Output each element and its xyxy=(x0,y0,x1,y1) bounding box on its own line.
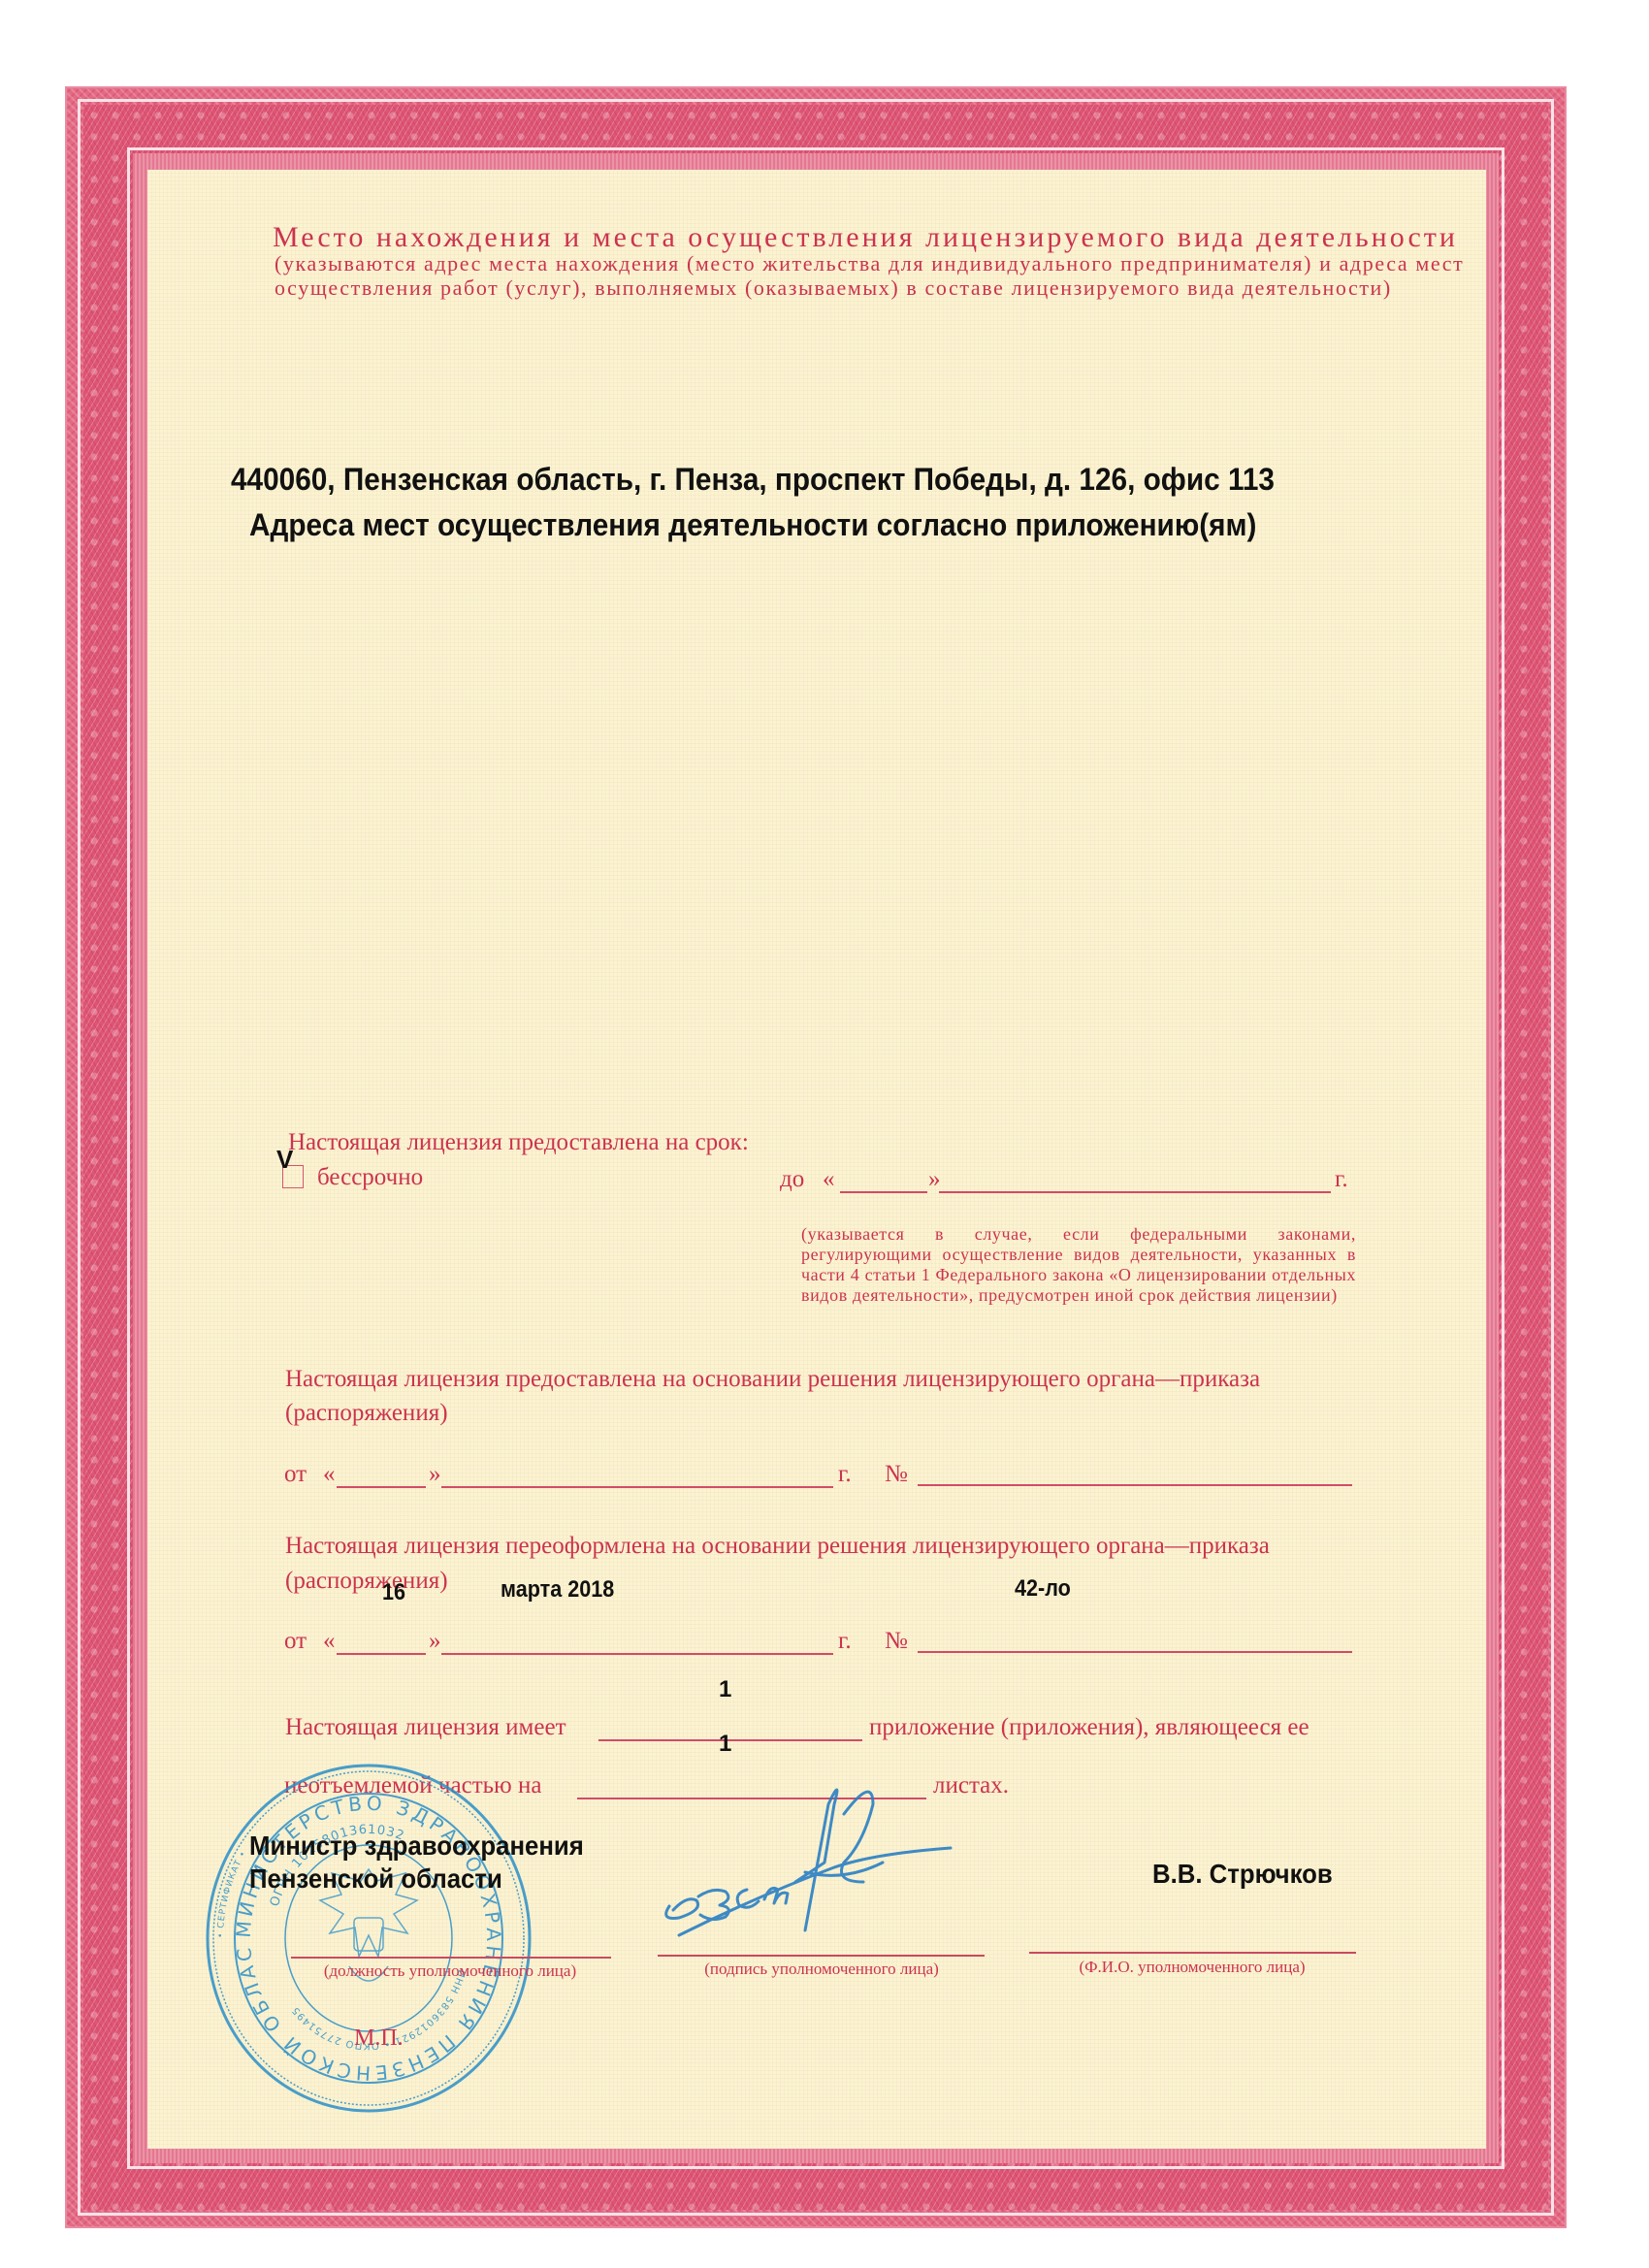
official-seal-stamp: • СЕРТИФИКАТ • МИНИСТЕРСТВО ЗДРАВООХРАНЕ… xyxy=(204,1763,533,2114)
signatory-position-line1: Министр здравоохранения xyxy=(249,1831,584,1862)
until-open-quote: « xyxy=(823,1166,835,1193)
until-prefix: до xyxy=(780,1166,804,1193)
reissued-open-quote: « xyxy=(323,1628,336,1655)
granted-year-suffix: г. xyxy=(838,1461,852,1488)
reissued-day-value: 16 xyxy=(382,1579,405,1606)
reissued-basis-line1: Настоящая лицензия переоформлена на осно… xyxy=(285,1533,1270,1560)
granted-close-quote: » xyxy=(429,1461,441,1488)
sheet-count-value: 1 xyxy=(719,1731,731,1758)
section-subtitle-line1: (указываются адрес места нахождения (мес… xyxy=(275,251,1464,276)
position-signature-line xyxy=(291,1957,611,1959)
signature-caption: (подпись уполномоченного лица) xyxy=(704,1960,939,1979)
signatory-position-line2: Пензенской области xyxy=(249,1863,502,1895)
granted-number-field[interactable] xyxy=(918,1484,1352,1486)
reissued-day-field[interactable] xyxy=(337,1653,426,1655)
until-close-quote: » xyxy=(928,1166,941,1193)
granted-basis-line2: (распоряжения) xyxy=(285,1400,448,1427)
name-caption: (Ф.И.О. уполномоченного лица) xyxy=(1079,1958,1305,1977)
reissued-month-year-value: марта 2018 xyxy=(501,1576,614,1604)
reissued-basis-line2: (распоряжения) xyxy=(285,1568,448,1595)
section-title: Место нахождения и места осуществления л… xyxy=(273,221,1458,254)
reissued-close-quote: » xyxy=(429,1628,441,1655)
signature-line xyxy=(658,1955,985,1957)
reissued-month-year-field[interactable] xyxy=(441,1653,833,1655)
reissued-from-prefix: от xyxy=(284,1628,307,1655)
location-address: 440060, Пензенская область, г. Пенза, пр… xyxy=(231,462,1275,498)
term-label: Настоящая лицензия предоставлена на срок… xyxy=(288,1129,749,1156)
activity-addresses: Адреса мест осуществления деятельности с… xyxy=(249,507,1256,543)
until-day-field[interactable] xyxy=(840,1191,927,1193)
granted-basis-line1: Настоящая лицензия предоставлена на осно… xyxy=(285,1366,1260,1393)
term-note: (указывается в случае, если федеральными… xyxy=(801,1224,1356,1306)
granted-number-sign: № xyxy=(885,1461,908,1488)
position-caption: (должность уполномоченного лица) xyxy=(324,1961,576,1981)
granted-month-year-field[interactable] xyxy=(441,1486,833,1488)
unlimited-label: бессрочно xyxy=(317,1164,423,1191)
reissued-number-sign: № xyxy=(885,1628,908,1655)
checkmark-icon: V xyxy=(276,1145,293,1175)
appendix-count-value: 1 xyxy=(719,1676,731,1703)
reissued-number-value: 42-ло xyxy=(1015,1575,1071,1603)
until-year-suffix: г. xyxy=(1335,1166,1348,1193)
granted-from-prefix: от xyxy=(284,1461,307,1488)
handwritten-signature xyxy=(650,1775,1038,1960)
reissued-year-suffix: г. xyxy=(838,1628,852,1655)
name-signature-line xyxy=(1029,1952,1356,1954)
reissued-number-field[interactable] xyxy=(918,1651,1352,1653)
signatory-name: В.В. Стрючков xyxy=(1152,1859,1333,1890)
until-month-year-field[interactable] xyxy=(939,1191,1331,1193)
seal-placement-label: М.П. xyxy=(354,2025,404,2052)
granted-day-field[interactable] xyxy=(337,1486,426,1488)
granted-open-quote: « xyxy=(323,1461,336,1488)
appendix-line1-prefix: Настоящая лицензия имеет xyxy=(285,1714,566,1741)
section-subtitle-line2: осуществления работ (услуг), выполняемых… xyxy=(275,275,1392,301)
appendix-line1-suffix: приложение (приложения), являющееся ее xyxy=(869,1714,1309,1741)
